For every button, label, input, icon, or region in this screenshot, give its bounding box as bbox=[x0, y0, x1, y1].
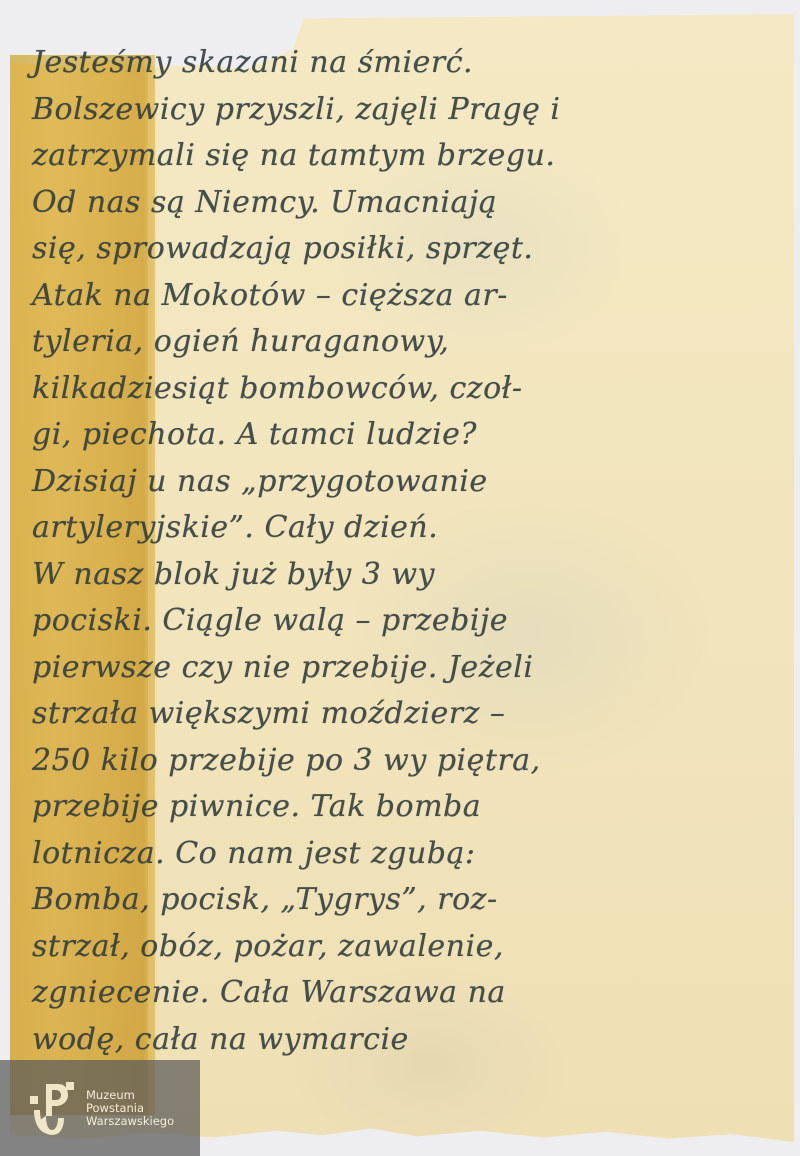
text-line: strzała większymi moździerz – bbox=[32, 691, 782, 738]
text-line: artyleryjskie”. Cały dzień. bbox=[32, 505, 782, 552]
text-line: pierwsze czy nie przebije. Jeżeli bbox=[32, 645, 782, 692]
text-line: lotnicza. Co nam jest zgubą: bbox=[32, 831, 782, 878]
text-line: 250 kilo przebije po 3 wy piętra, bbox=[32, 738, 782, 785]
text-line: wodę, cała na wymarcie bbox=[32, 1017, 782, 1064]
museum-name-line1: Muzeum bbox=[86, 1089, 174, 1102]
text-line: Bolszewicy przyszli, zajęli Pragę i bbox=[32, 87, 782, 134]
museum-name-line3: Warszawskiego bbox=[86, 1115, 174, 1128]
text-line: przebije piwnice. Tak bomba bbox=[32, 784, 782, 831]
museum-name: Muzeum Powstania Warszawskiego bbox=[86, 1089, 174, 1128]
text-line: Jesteśmy skazani na śmierć. bbox=[32, 40, 782, 87]
text-line: zatrzymali się na tamtym brzegu. bbox=[32, 133, 782, 180]
text-line: Od nas są Niemcy. Umacniają bbox=[32, 180, 782, 227]
text-line: pociski. Ciągle walą – przebije bbox=[32, 598, 782, 645]
handwritten-text: Jesteśmy skazani na śmierć. Bolszewicy p… bbox=[32, 40, 782, 1063]
text-line: gi, piechota. A tamci ludzie? bbox=[32, 412, 782, 459]
text-line: się, sprowadzają posiłki, sprzęt. bbox=[32, 226, 782, 273]
text-line: tyleria, ogień huraganowy, bbox=[32, 319, 782, 366]
kotwica-anchor-icon bbox=[26, 1080, 76, 1136]
text-line: Dzisiaj u nas „przygotowanie bbox=[32, 459, 782, 506]
text-line: zgniecenie. Cała Warszawa na bbox=[32, 970, 782, 1017]
museum-watermark: Muzeum Powstania Warszawskiego bbox=[0, 1060, 200, 1156]
text-line: Atak na Mokotów – cięższa ar- bbox=[32, 273, 782, 320]
text-line: kilkadziesiąt bombowców, czoł- bbox=[32, 366, 782, 413]
museum-name-line2: Powstania bbox=[86, 1102, 174, 1115]
text-line: strzał, obóz, pożar, zawalenie, bbox=[32, 924, 782, 971]
text-line: Bomba, pocisk, „Tygrys”, roz- bbox=[32, 877, 782, 924]
text-line: W nasz blok już były 3 wy bbox=[32, 552, 782, 599]
